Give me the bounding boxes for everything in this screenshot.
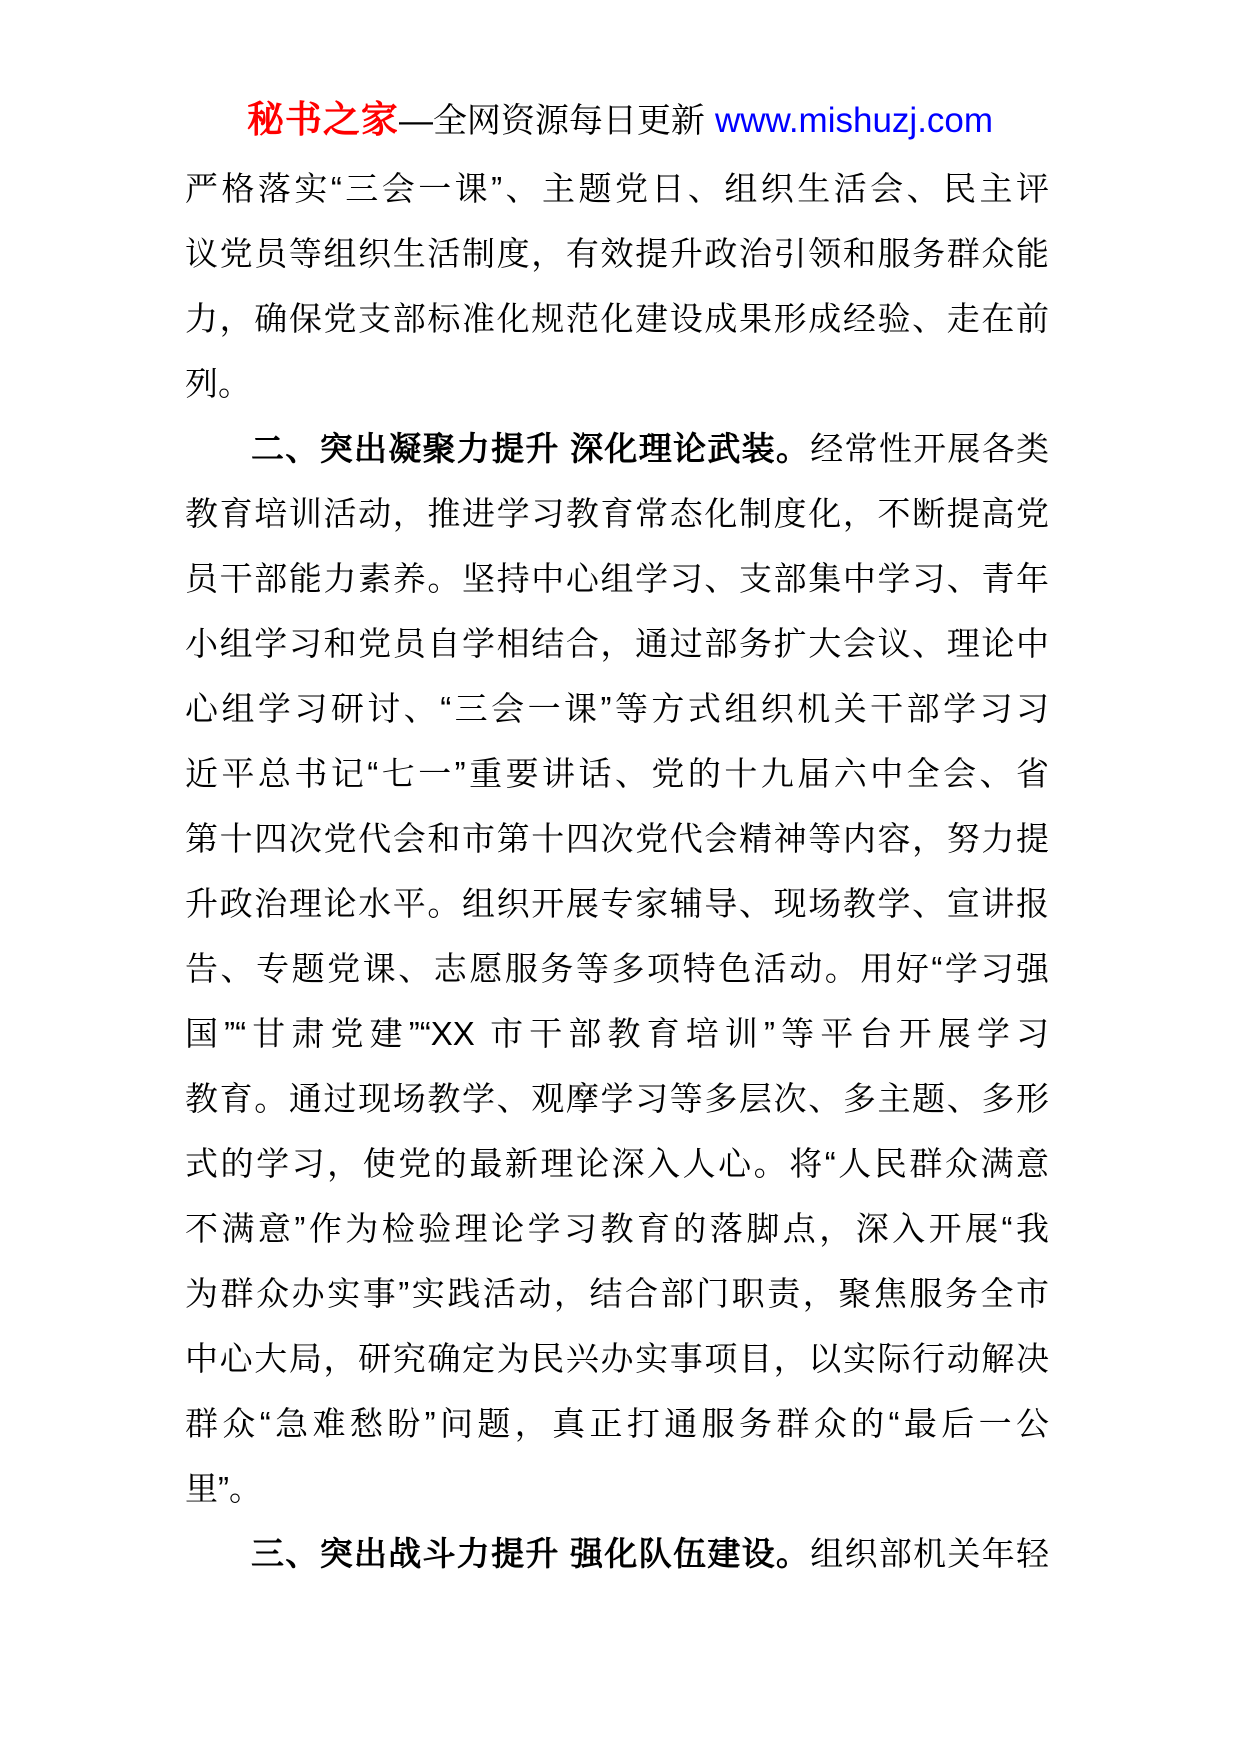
- section-heading-line: 二、突出凝聚力提升 深化理论武装。经常性开展各类: [185, 416, 1049, 481]
- text-line: 近平总书记“七一”重要讲话、党的十九届六中全会、省: [185, 741, 1049, 806]
- text-line: 第十四次党代会和市第十四次党代会精神等内容，努力提: [185, 806, 1049, 871]
- section-heading: 二、突出凝聚力提升 深化理论武装。: [251, 430, 810, 467]
- header-dash: —: [399, 102, 433, 140]
- text-line: 升政治理论水平。组织开展专家辅导、现场教学、宣讲报: [185, 871, 1049, 936]
- text-line: 为群众办实事”实践活动，结合部门职责，聚焦服务全市: [185, 1261, 1049, 1326]
- text-line: 小组学习和党员自学相结合，通过部务扩大会议、理论中: [185, 611, 1049, 676]
- text-line: 里”。: [185, 1456, 1049, 1521]
- section-heading-line: 三、突出战斗力提升 强化队伍建设。组织部机关年轻: [185, 1521, 1049, 1586]
- text-line: 告、专题党课、志愿服务等多项特色活动。用好“学习强: [185, 936, 1049, 1001]
- text-line: 组织部机关年轻: [810, 1535, 1049, 1572]
- site-header: 秘书之家—全网资源每日更新www.mishuzj.com: [0, 98, 1240, 143]
- text-line: 群众“急难愁盼”问题，真正打通服务群众的“最后一公: [185, 1391, 1049, 1456]
- text-line: 式的学习，使党的最新理论深入人心。将“人民群众满意: [185, 1131, 1049, 1196]
- text-line: 不满意”作为检验理论学习教育的落脚点，深入开展“我: [185, 1196, 1049, 1261]
- text-line: 力，确保党支部标准化规范化建设成果形成经验、走在前: [185, 286, 1049, 351]
- document-page: 秘书之家—全网资源每日更新www.mishuzj.com 严格落实“三会一课”、…: [0, 0, 1240, 1754]
- text-line: 心组学习研讨、“三会一课”等方式组织机关干部学习习: [185, 676, 1049, 741]
- text-line: 列。: [185, 351, 1049, 416]
- text-line: 中心大局，研究确定为民兴办实事项目，以实际行动解决: [185, 1326, 1049, 1391]
- text-line: 国”“甘肃党建”“XX 市干部教育培训”等平台开展学习: [185, 1001, 1049, 1066]
- site-url-link[interactable]: www.mishuzj.com: [715, 101, 993, 140]
- text-line: 教育培训活动，推进学习教育常态化制度化，不断提高党: [185, 481, 1049, 546]
- text-line: 严格落实“三会一课”、主题党日、组织生活会、民主评: [185, 156, 1049, 221]
- text-line: 教育。通过现场教学、观摩学习等多层次、多主题、多形: [185, 1066, 1049, 1131]
- document-body: 严格落实“三会一课”、主题党日、组织生活会、民主评 议党员等组织生活制度，有效提…: [185, 156, 1049, 1586]
- site-name: 秘书之家: [247, 99, 399, 140]
- section-heading: 三、突出战斗力提升 强化队伍建设。: [251, 1535, 810, 1572]
- text-line: 员干部能力素养。坚持中心组学习、支部集中学习、青年: [185, 546, 1049, 611]
- text-line: 经常性开展各类: [810, 430, 1049, 467]
- site-tagline: 全网资源每日更新: [433, 102, 705, 140]
- text-line: 议党员等组织生活制度，有效提升政治引领和服务群众能: [185, 221, 1049, 286]
